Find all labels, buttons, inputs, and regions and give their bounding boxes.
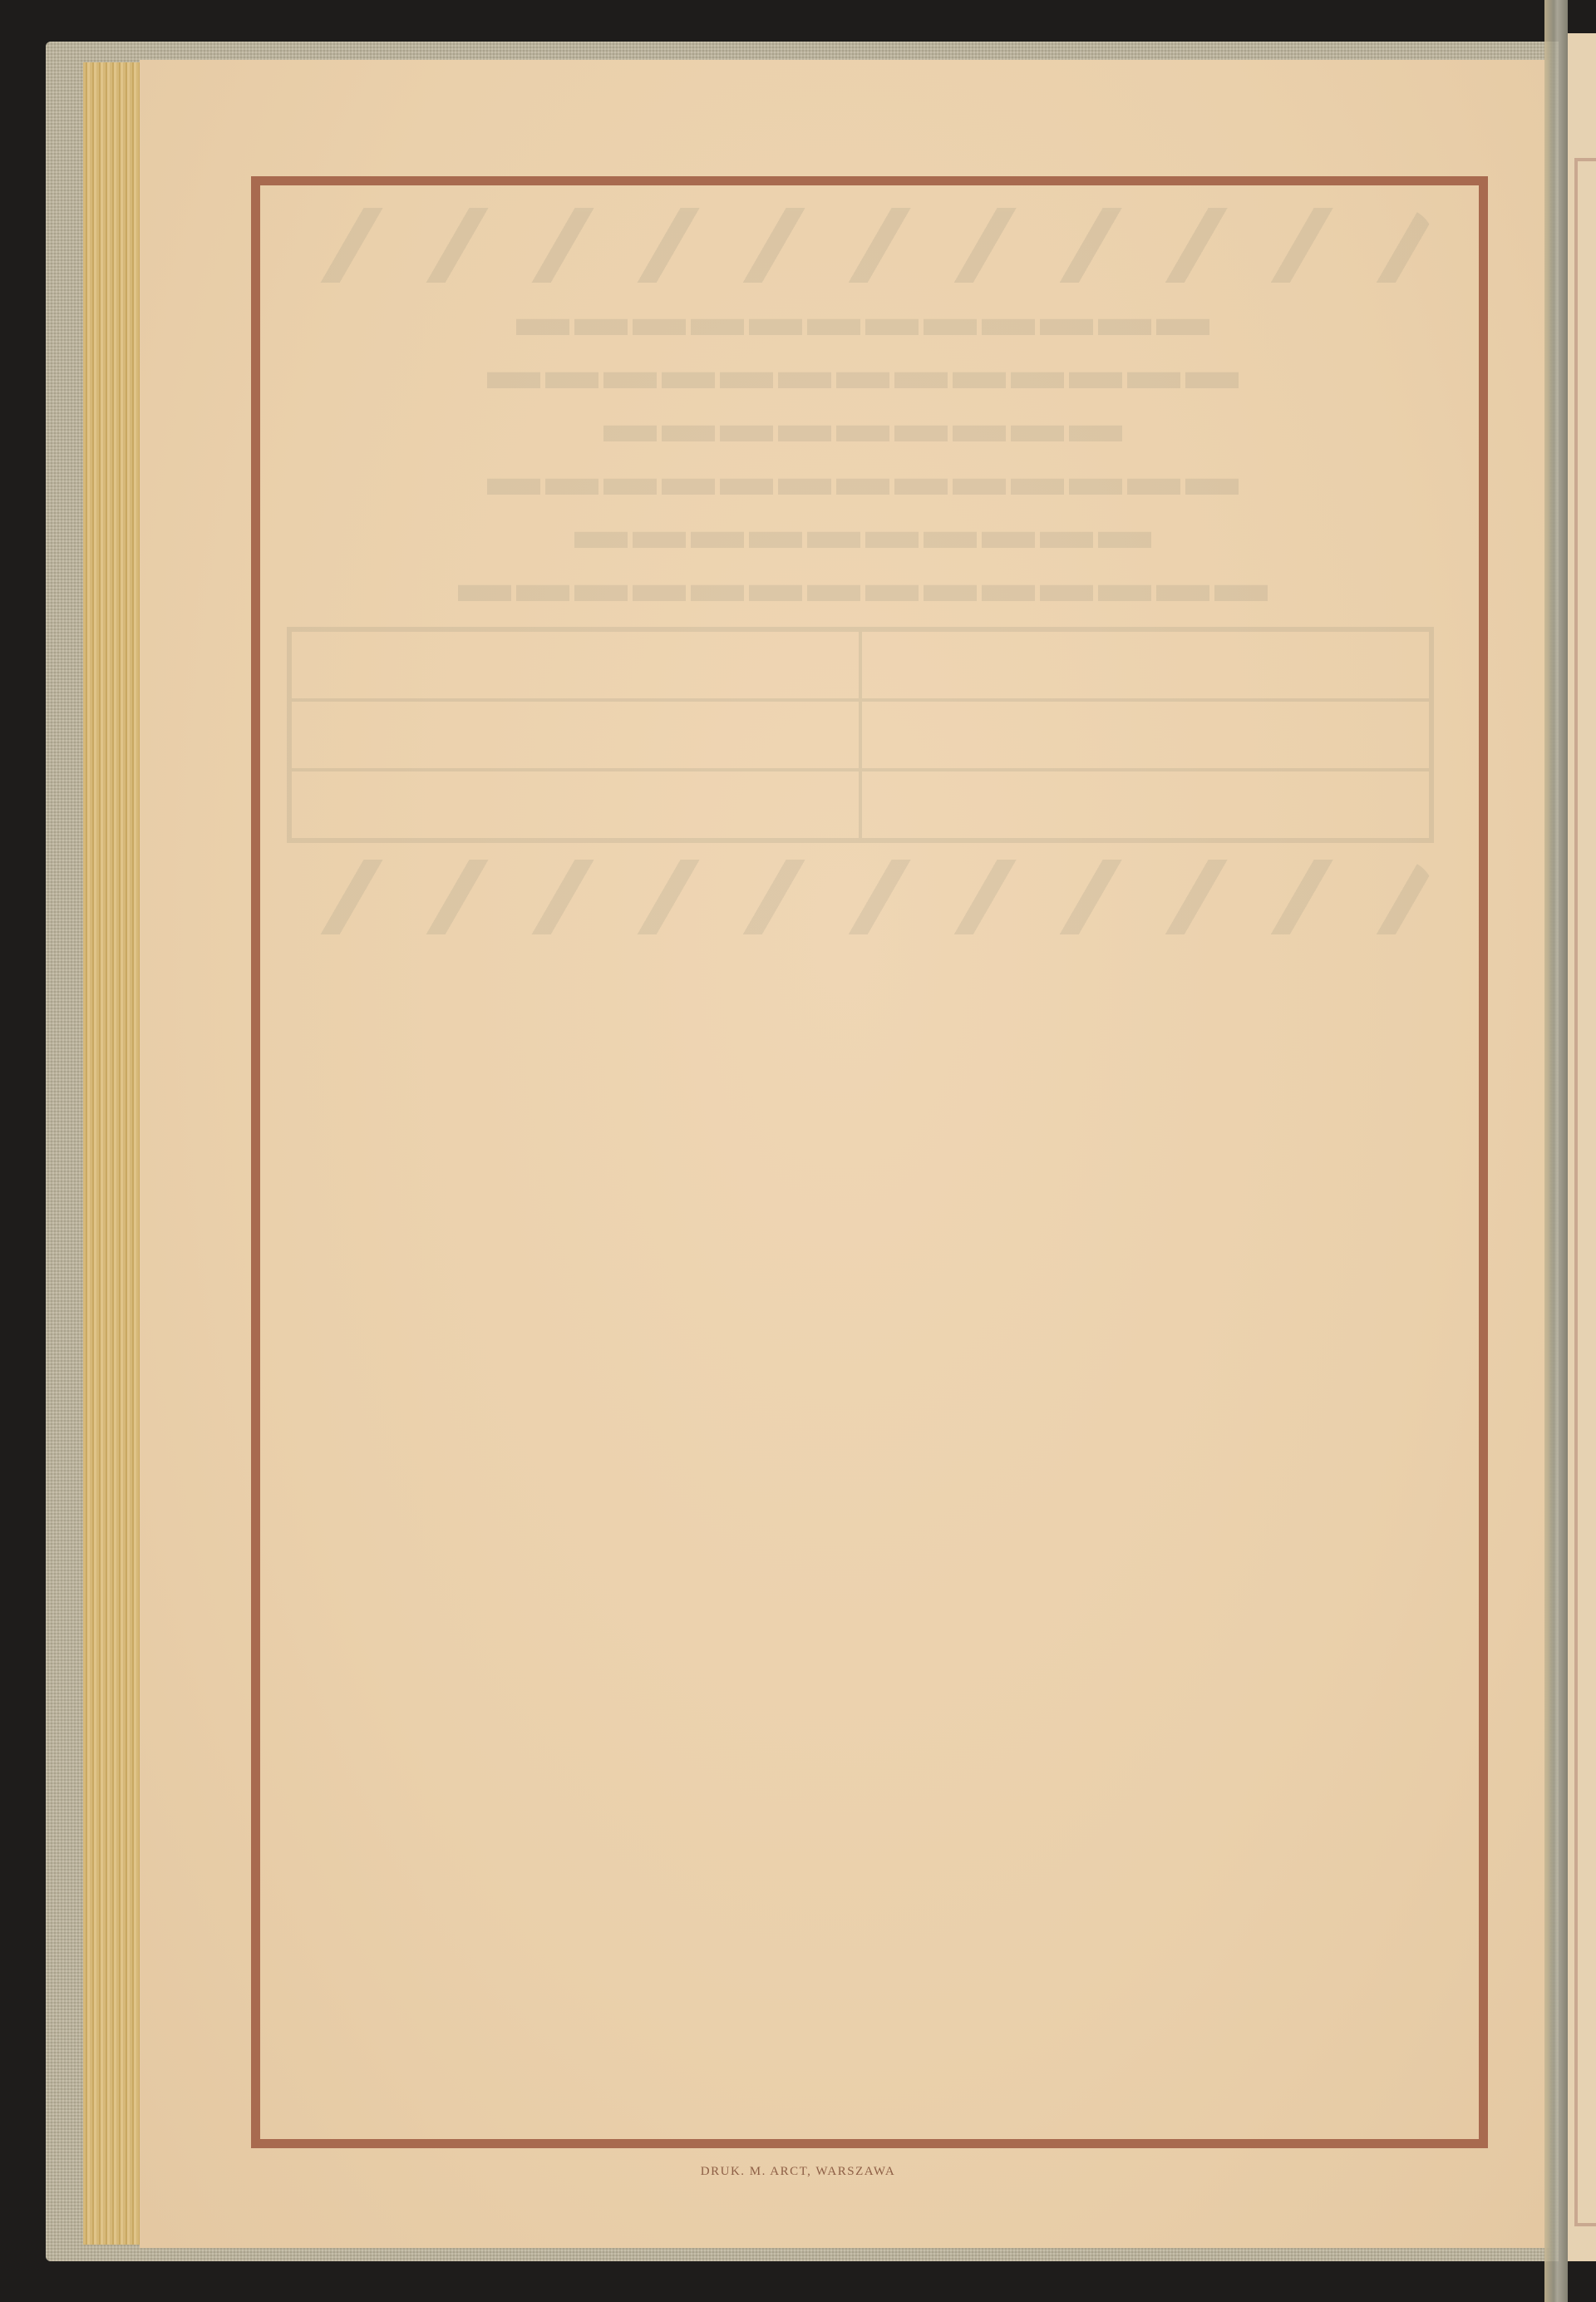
gutter-glass-strip xyxy=(1544,0,1568,2302)
decorative-frame xyxy=(251,176,1488,2148)
adjacent-page xyxy=(1568,33,1596,2261)
printer-imprint: DRUK. M. ARCT, WARSZAWA xyxy=(0,2165,1596,2179)
page-edges xyxy=(83,62,143,2245)
